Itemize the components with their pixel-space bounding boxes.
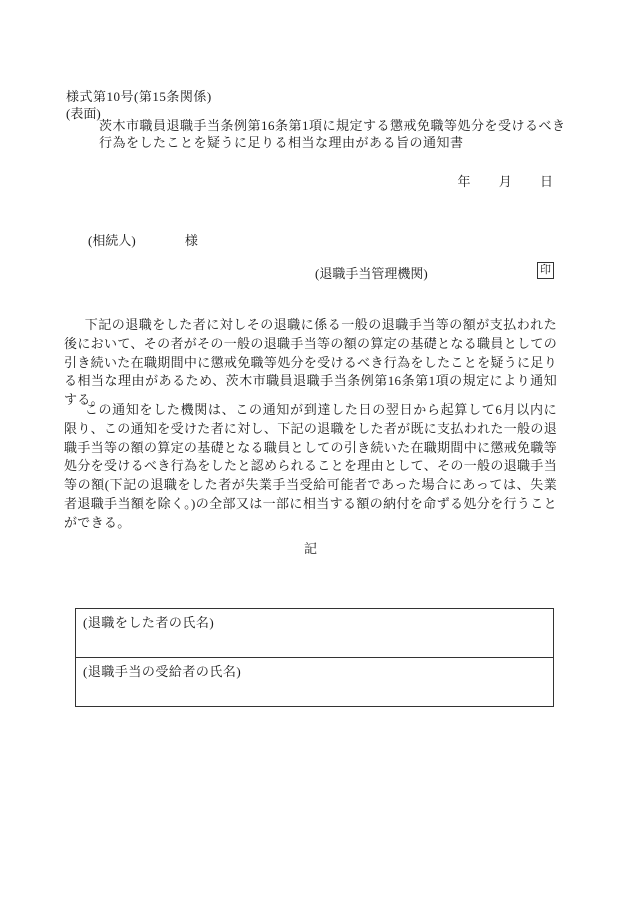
addressee-honorific: 様 [185,233,198,248]
table-cell-recipient-name: (退職手当の受給者の氏名) [76,658,554,707]
addressee-line: (相続人) 様 [88,230,198,249]
date-year-label: 年 [457,174,470,189]
issuer-label: (退職手当管理機関) [315,263,428,282]
body-paragraph-notification: 下記の退職をした者に対しその退職に係る一般の退職手当等の額が支払われた後において… [64,316,557,410]
seal-label: 印 [540,264,551,276]
name-table: (退職をした者の氏名) (退職手当の受給者の氏名) [75,608,554,707]
body-paragraph-repayment-order: この通知をした機関は、この通知が到達した日の翌日から起算して6月以内に限り、この… [64,401,557,533]
addressee-label: (相続人) [88,233,136,248]
seal-stamp-box: 印 [537,262,554,279]
table-row: (退職手当の受給者の氏名) [76,658,554,707]
document-title-line2: 行為をしたことを疑うに足りる相当な理由がある旨の通知書 [99,135,569,152]
date-day-label: 日 [540,174,553,189]
document-page: 様式第10号(第15条関係) (表面) 茨木市職員退職手当条例第16条第1項に規… [0,0,630,915]
table-row: (退職をした者の氏名) [76,609,554,658]
date-month-label: 月 [499,174,512,189]
document-title: 茨木市職員退職手当条例第16条第1項に規定する懲戒免職等処分を受けるべき 行為を… [99,118,569,151]
date-line: 年 月 日 [457,171,553,190]
ki-heading: 記 [64,538,557,557]
side-label: (表面) [66,103,101,122]
table-cell-retiree-name: (退職をした者の氏名) [76,609,554,658]
document-title-line1: 茨木市職員退職手当条例第16条第1項に規定する懲戒免職等処分を受けるべき [99,118,569,135]
